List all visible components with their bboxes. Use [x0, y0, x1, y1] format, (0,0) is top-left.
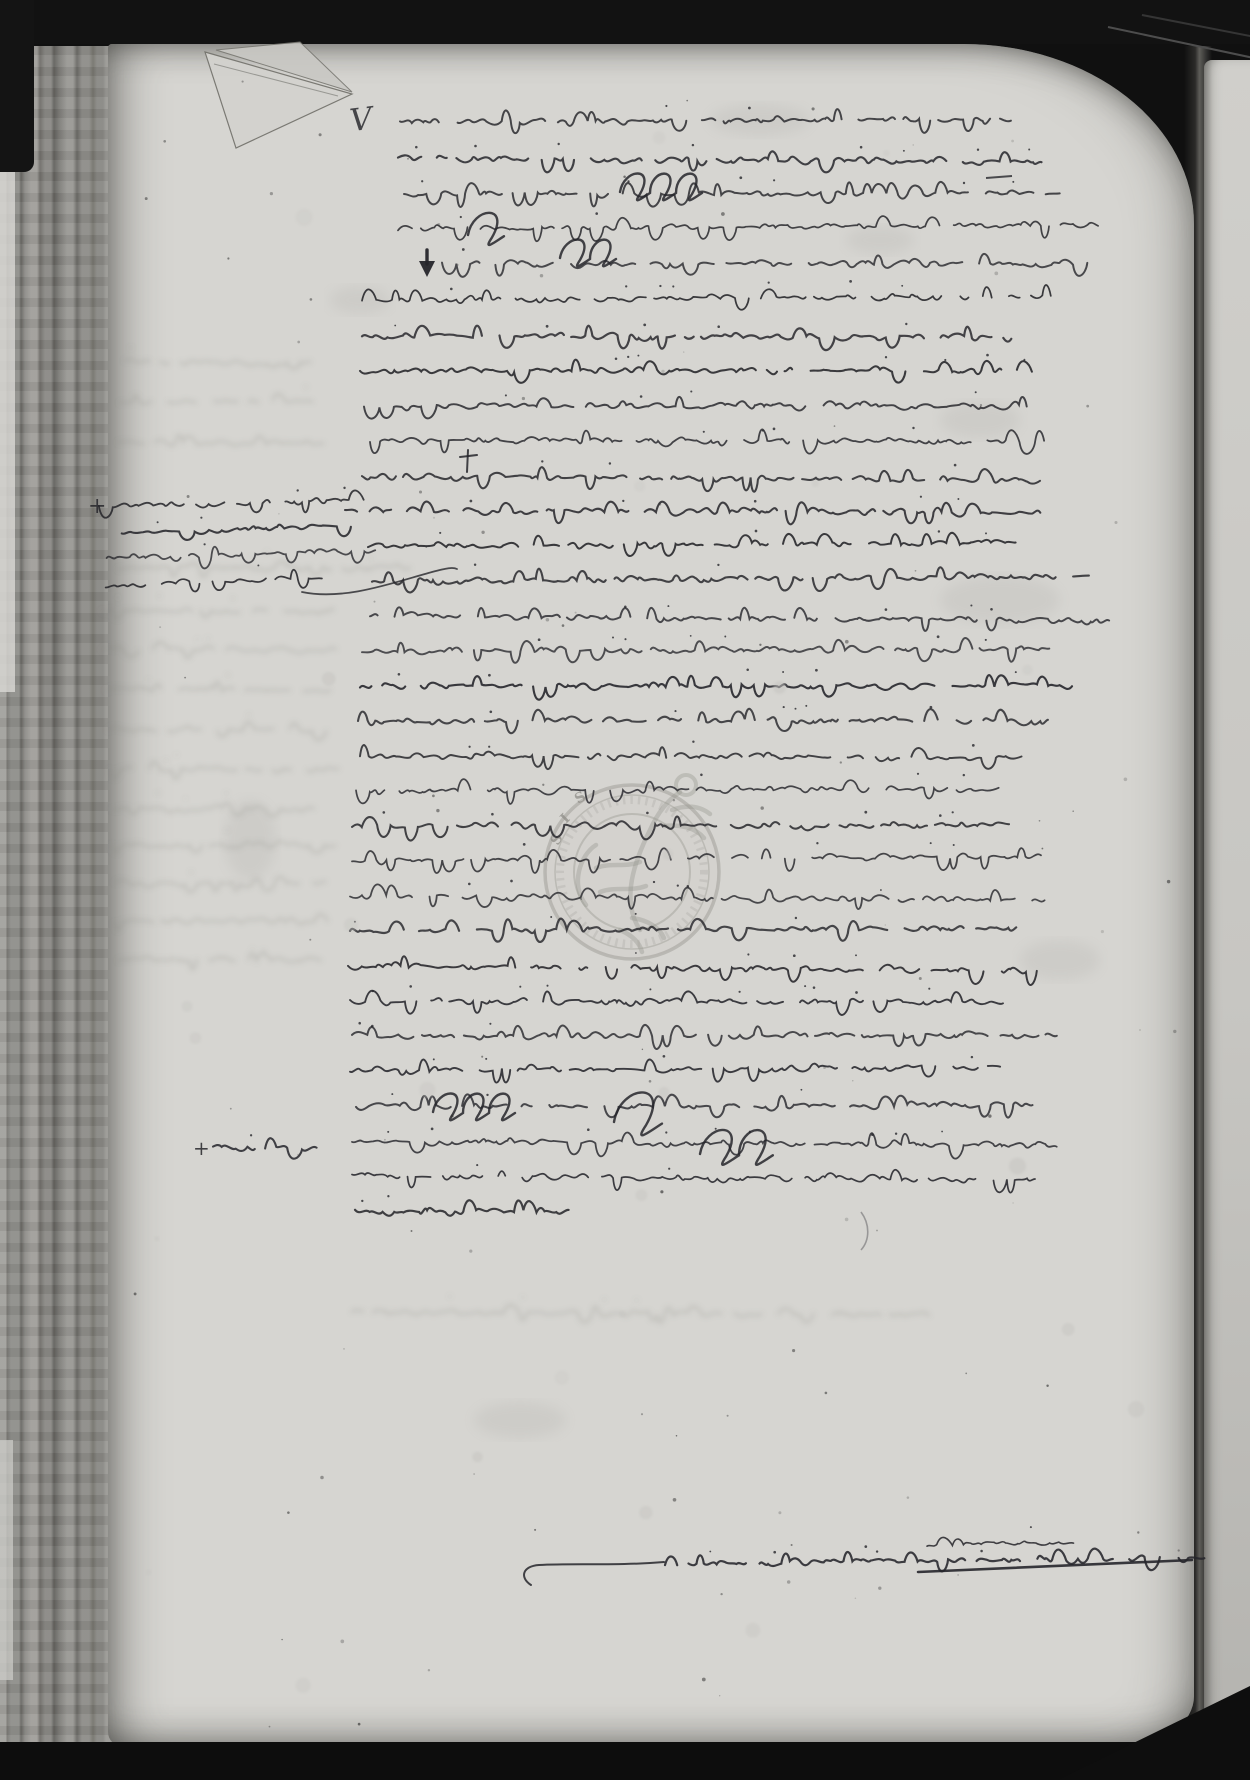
page-corner-fold — [205, 42, 352, 148]
tax-note-plus-marker: + — [88, 494, 106, 519]
morits-note-plus-marker: + — [193, 1136, 210, 1160]
margin-note-tax: + — [88, 486, 457, 595]
manuscript-photo: V SIS + + — [0, 0, 1250, 1780]
bottom-account-entry — [524, 1526, 1204, 1585]
main-text-block — [345, 105, 1109, 1216]
handwriting-layer: SIS + + — [0, 0, 1250, 1780]
margin-note-morits: + — [193, 1134, 317, 1160]
paper-stains — [224, 104, 1100, 1438]
